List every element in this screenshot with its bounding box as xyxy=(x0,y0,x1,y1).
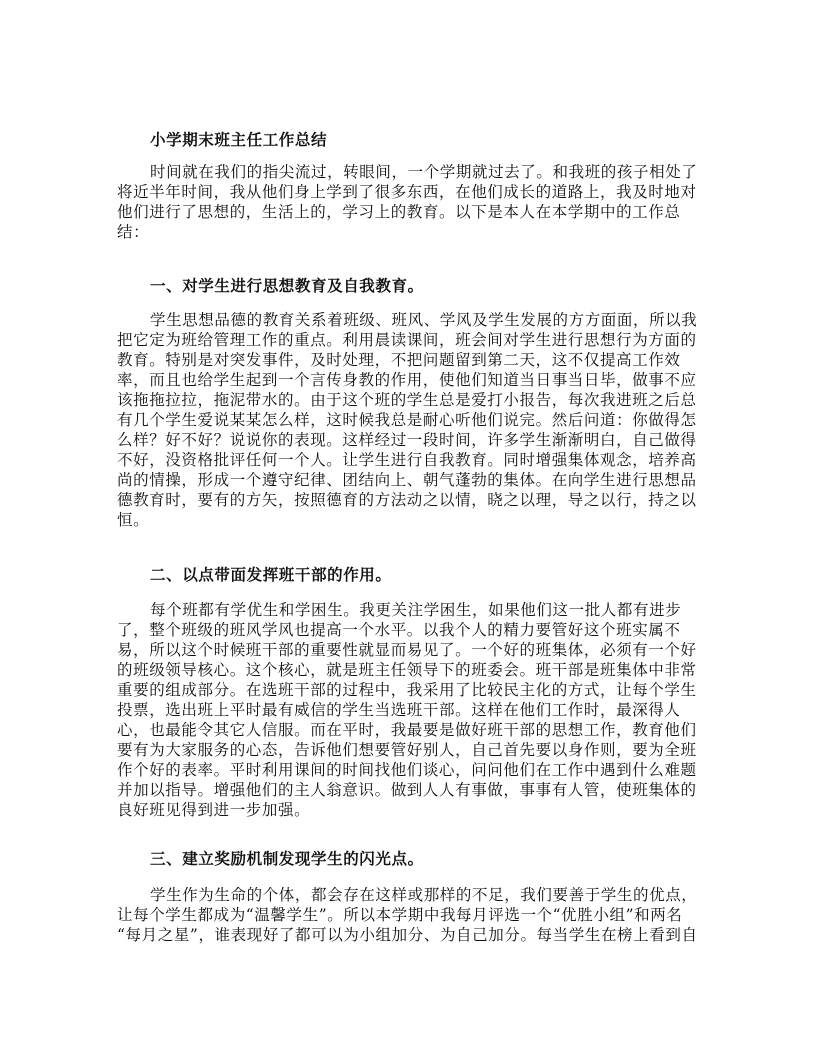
paragraph-line: 德教育时，要有的方矢，按照德育的方法动之以情，晓之以理，导之以行，持之以 xyxy=(117,490,697,510)
paragraph-line: 并加以指导。增强他们的主人翁意识。做到人人有事做，事事有人管，使班集体的 xyxy=(117,780,697,800)
document-title-block: 小学期末班主任工作总结 xyxy=(117,130,697,150)
paragraph-line: 恒。 xyxy=(117,510,697,530)
paragraph-line: “每月之星”，谁表现好了都可以为小组加分、为自己加分。每当学生在榜上看到自 xyxy=(117,925,697,945)
section-2-paragraph: 每个班都有学优生和学困生。我更关注学困生，如果他们这一批人都有进步 了，整个班级… xyxy=(117,600,697,820)
paragraph-line: 不好，没资格批评任何一个人。让学生进行自我教育。同时增强集体观念，培养高 xyxy=(117,450,697,470)
paragraph-line: 了，整个班级的班风学风也提高一个水平。以我个人的精力要管好这个班实属不 xyxy=(117,620,697,640)
section-1-heading-block: 一、对学生进行思想教育及自我教育。 xyxy=(117,276,697,296)
paragraph-line: 他们进行了思想的，生活上的，学习上的教育。以下是本人在本学期中的工作总 xyxy=(117,202,697,222)
section-1-paragraph: 学生思想品德的教育关系着班级、班风、学风及学生发展的方方面面，所以我 把它定为班… xyxy=(117,310,697,530)
paragraph-line: 尚的情操，形成一个遵守纪律、团结向上、朝气蓬勃的集体。在向学生进行思想品 xyxy=(117,470,697,490)
paragraph-line: 把它定为班给管理工作的重点。利用晨读课间，班会间对学生进行思想行为方面的 xyxy=(117,330,697,350)
section-3-paragraph: 学生作为生命的个体，都会存在这样或那样的不足，我们要善于学生的优点， 让每个学生… xyxy=(117,885,697,945)
paragraph-line: 有几个学生爱说某某怎么样，这时候我总是耐心听他们说完。然后问道：你做得怎 xyxy=(117,410,697,430)
paragraph-line: 学生思想品德的教育关系着班级、班风、学风及学生发展的方方面面，所以我 xyxy=(117,310,697,330)
document-page: 小学期末班主任工作总结 时间就在我们的指尖流过，转眼间，一个学期就过去了。和我班… xyxy=(0,0,816,1056)
paragraph-line: 要有为大家服务的心态，告诉他们想要管好别人，自己首先要以身作则，要为全班 xyxy=(117,740,697,760)
paragraph-line: 么样？好不好？说说你的表现。这样经过一段时间，许多学生渐渐明白，自己做得 xyxy=(117,430,697,450)
paragraph-line: 将近半年时间，我从他们身上学到了很多东西，在他们成长的道路上，我及时地对 xyxy=(117,182,697,202)
intro-paragraph: 时间就在我们的指尖流过，转眼间，一个学期就过去了。和我班的孩子相处了 将近半年时… xyxy=(117,162,697,242)
section-heading: 二、以点带面发挥班干部的作用。 xyxy=(117,565,697,585)
paragraph-line: 教育。特别是对突发事件，及时处理，不把问题留到第二天，这不仅提高工作效 xyxy=(117,350,697,370)
section-2-heading-block: 二、以点带面发挥班干部的作用。 xyxy=(117,565,697,585)
paragraph-line: 该拖拖拉拉，拖泥带水的。由于这个班的学生总是爱打小报告，每次我进班之后总 xyxy=(117,390,697,410)
document-title: 小学期末班主任工作总结 xyxy=(117,130,697,150)
paragraph-line: 时间就在我们的指尖流过，转眼间，一个学期就过去了。和我班的孩子相处了 xyxy=(117,162,697,182)
section-heading: 三、建立奖励机制发现学生的闪光点。 xyxy=(117,849,697,869)
paragraph-line: 心，也最能令其它人信服。而在平时，我最要是做好班干部的思想工作，教育他们 xyxy=(117,720,697,740)
paragraph-line: 投票，选出班上平时最有威信的学生当选班干部。这样在他们工作时，最深得人 xyxy=(117,700,697,720)
paragraph-line: 率，而且也给学生起到一个言传身教的作用，使他们知道当日事当日毕，做事不应 xyxy=(117,370,697,390)
section-3-heading-block: 三、建立奖励机制发现学生的闪光点。 xyxy=(117,849,697,869)
paragraph-line: 的班级领导核心。这个核心，就是班主任领导下的班委会。班干部是班集体中非常 xyxy=(117,660,697,680)
paragraph-line: 让每个学生都成为“温馨学生”。所以本学期中我每月评选一个“优胜小组”和两名 xyxy=(117,905,697,925)
paragraph-line: 作个好的表率。平时利用课间的时间找他们谈心，问问他们在工作中遇到什么难题 xyxy=(117,760,697,780)
paragraph-line: 结： xyxy=(117,222,697,242)
paragraph-line: 学生作为生命的个体，都会存在这样或那样的不足，我们要善于学生的优点， xyxy=(117,885,697,905)
section-heading: 一、对学生进行思想教育及自我教育。 xyxy=(117,276,697,296)
paragraph-line: 易，所以这个时候班干部的重要性就显而易见了。一个好的班集体，必须有一个好 xyxy=(117,640,697,660)
paragraph-line: 重要的组成部分。在选班干部的过程中，我采用了比较民主化的方式，让每个学生 xyxy=(117,680,697,700)
paragraph-line: 每个班都有学优生和学困生。我更关注学困生，如果他们这一批人都有进步 xyxy=(117,600,697,620)
paragraph-line: 良好班见得到进一步加强。 xyxy=(117,800,697,820)
